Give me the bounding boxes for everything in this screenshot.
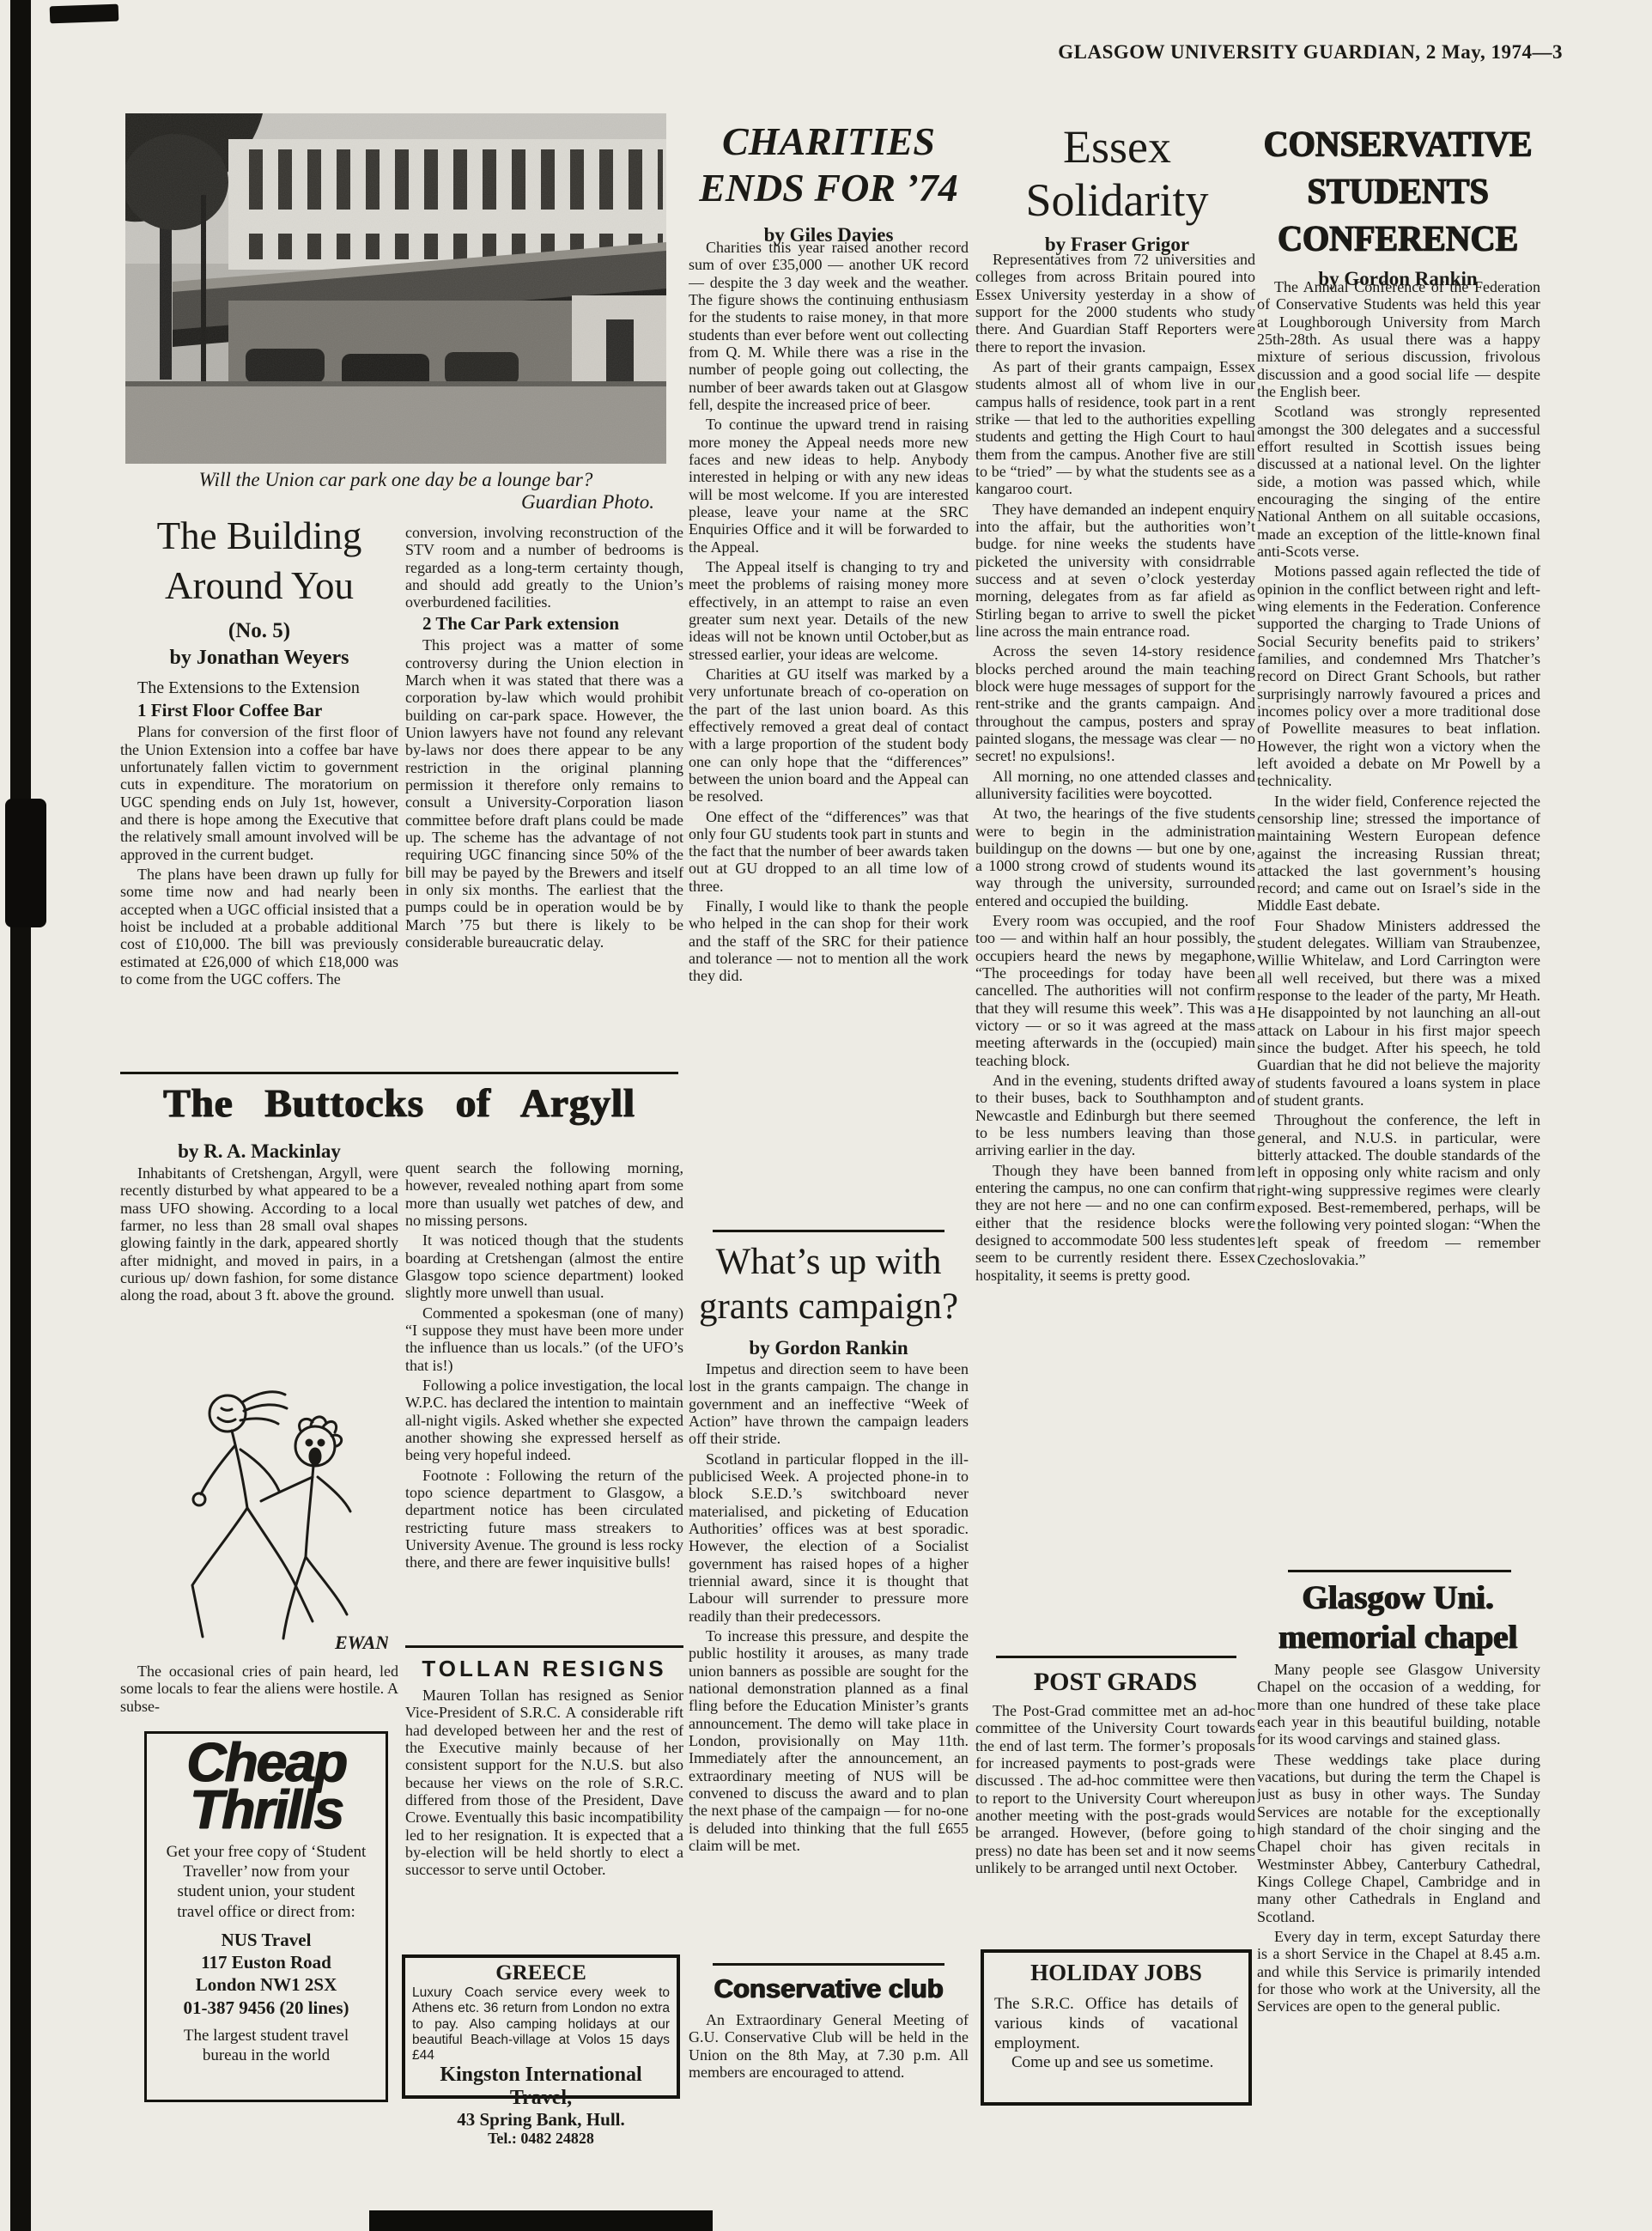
paragraph: Charities this year raised another recor… [689,239,969,413]
paragraph: Scotland in particular flopped in the il… [689,1450,969,1625]
conference-title-line1: CONSERVATIVE [1254,119,1542,169]
divider-rule [713,1230,944,1232]
conference-header: CONSERVATIVE STUDENTS CONFERENCE by Gord… [1254,120,1542,290]
paragraph: conversion, involving reconstruction of … [405,524,683,611]
paragraph: Representatives from 72 universities and… [975,251,1255,356]
paragraph: quent search the following morning, howe… [405,1159,683,1229]
chapel-title-line2: memorial chapel [1254,1618,1542,1657]
buttocks-title: The Buttocks of Argyll [120,1080,678,1127]
cartoon-signature: EWAN [334,1632,388,1653]
greece-address: 43 Spring Bank, Hull. [412,2109,670,2130]
conservative-club-article: An Extraordinary General Meeting of G.U.… [689,2011,969,2140]
building-number: (No. 5) [120,619,398,643]
page-header: GLASGOW UNIVERSITY GUARDIAN, 2 May, 1974… [1013,41,1563,64]
holiday-jobs-notice: HOLIDAY JOBS The S.R.C. Office has detai… [981,1949,1252,2106]
grants-article: Impetus and direction seem to have been … [689,1360,969,1951]
conference-title-line3: CONFERENCE [1254,214,1542,264]
paragraph: At two, the hearings of the five student… [975,805,1255,909]
film-edge-strip [10,0,31,2231]
buttocks-column-1-cont: The occasional cries of pain heard, led … [120,1663,398,1728]
greece-body: Luxury Coach service every week to Athen… [412,1985,670,2064]
grants-title-line2: grants campaign? [687,1285,970,1329]
paragraph: They have demanded an indepent enquiry i… [975,501,1255,641]
postgrads-article: The Post-Grad committee met an ad-hoc co… [975,1702,1255,1944]
grants-header: What’s up with grants campaign? by Gordo… [687,1240,970,1359]
photo-halftone [125,113,666,464]
paragraph: Plans for conversion of the first floor … [120,723,398,863]
cartoon-drawing: EWAN [139,1364,388,1657]
greece-ad: GREECE Luxury Coach service every week t… [402,1954,680,2099]
essex-header: Essex Solidarity by Fraser Grigor [979,120,1255,256]
paragraph: As part of their grants campaign, Essex … [975,358,1255,498]
building-title-line1: The Building [120,512,398,562]
paragraph: Four Shadow Ministers addressed the stud… [1257,917,1540,1109]
paragraph: Motions passed again reflected the tide … [1257,562,1540,789]
building-title-line2: Around You [120,562,398,611]
essex-title-line1: Essex [979,120,1255,173]
cheap-thrills-phone: 01-387 9456 (20 lines) [147,1997,386,2019]
building-byline: by Jonathan Weyers [120,647,398,670]
film-edge-blob [5,799,46,927]
building-subhead-2: 2 The Car Park extension [405,614,683,635]
greece-title: GREECE [412,1961,670,1985]
paragraph: Scotland was strongly represented amongs… [1257,403,1540,560]
building-column-2: conversion, involving reconstruction of … [405,524,683,1073]
divider-rule [405,1645,683,1648]
paragraph: The plans have been drawn up fully for s… [120,866,398,988]
tollan-article: Mauren Tollan has resigned as Senior Vic… [405,1687,683,1949]
cheap-thrills-address-1: NUS Travel [147,1929,386,1951]
caption-text: Will the Union car park one day be a lou… [129,469,663,491]
paragraph: Many people see Glasgow University Chape… [1257,1661,1540,1748]
paragraph: An Extraordinary General Meeting of G.U.… [689,2011,969,2081]
paragraph: Inhabitants of Cretshengan, Argyll, were… [120,1164,398,1304]
paragraph: Though they have been banned from enteri… [975,1162,1255,1284]
grants-byline: by Gordon Rankin [687,1337,970,1359]
conference-article: The Annual Conference of the Federation … [1257,278,1540,1527]
scan-mark [50,4,119,24]
paragraph: All morning, no one attended classes and… [975,768,1255,803]
tollan-title: TOLLAN RESIGNS [405,1656,683,1682]
photo-caption: Will the Union car park one day be a lou… [129,469,663,514]
charities-title-line2: ENDS FOR ’74 [687,165,970,211]
paragraph: To increase this pressure, and despite t… [689,1627,969,1854]
chapel-title-line1: Glasgow Uni. [1254,1578,1542,1618]
scan-bottom-bar [369,2210,713,2231]
cheap-thrills-address-3: London NW1 2SX [147,1973,386,1996]
paragraph: The Annual Conference of the Federation … [1257,278,1540,400]
divider-rule [1288,1570,1511,1572]
conservative-club-title: Conservative club [687,1973,970,2004]
paragraph: These weddings take place during vacatio… [1257,1751,1540,1925]
paragraph: Every room was occupied, and the roof to… [975,912,1255,1069]
essex-title-line2: Solidarity [979,173,1255,227]
buttocks-column-1: Inhabitants of Cretshengan, Argyll, were… [120,1164,398,1362]
paragraph: One effect of the “differences” was that… [689,808,969,896]
paragraph: The Appeal itself is changing to try and… [689,558,969,663]
chapel-article: Many people see Glasgow University Chape… [1257,1661,1540,2210]
paragraph: The occasional cries of pain heard, led … [120,1663,398,1715]
chapel-header: Glasgow Uni. memorial chapel [1254,1578,1542,1657]
paragraph: In the wider field, Conference rejected … [1257,793,1540,915]
paragraph: It was noticed though that the students … [405,1231,683,1301]
building-column-1: The Extensions to the Extension 1 First … [120,678,398,1070]
holiday-jobs-title: HOLIDAY JOBS [994,1960,1238,1986]
charities-article: Charities this year raised another recor… [689,239,969,1218]
building-subhead-1: 1 First Floor Coffee Bar [120,701,398,721]
buttocks-column-2: quent search the following morning, howe… [405,1159,683,1640]
essex-article: Representatives from 72 universities and… [975,251,1255,1644]
article-building-header: The Building Around You (No. 5) by Jonat… [120,512,398,670]
paragraph: Every day in term, except Saturday there… [1257,1928,1540,2015]
cheap-thrills-tagline: The largest student travel bureau in the… [147,2019,386,2065]
paragraph: Throughout the conference, the left in g… [1257,1111,1540,1268]
cheap-thrills-address-2: 117 Euston Road [147,1951,386,1973]
divider-rule [713,1963,944,1966]
postgrads-title: POST GRADS [975,1668,1255,1697]
cheap-thrills-ad: Cheap Thrills Get your free copy of ‘Stu… [144,1731,388,2102]
paragraph: The Post-Grad committee met an ad-hoc co… [975,1702,1255,1876]
paragraph: Commented a spokesman (one of many) “I s… [405,1304,683,1374]
holiday-jobs-text-2: Come up and see us sometime. [994,2053,1238,2073]
greece-company: Kingston International Travel, [412,2064,670,2109]
paragraph: Mauren Tollan has resigned as Senior Vic… [405,1687,683,1879]
divider-rule [120,1072,678,1074]
paragraph: And in the evening, students drifted awa… [975,1072,1255,1159]
union-carpark-photo [125,113,666,464]
charities-header: CHARITIES ENDS FOR ’74 by Giles Davies [687,119,970,246]
greece-phone: Tel.: 0482 24828 [412,2130,670,2148]
paragraph: Across the seven 14-story residence bloc… [975,642,1255,764]
paragraph: Finally, I would like to thank the peopl… [689,897,969,985]
caption-credit: Guardian Photo. [129,491,663,514]
charities-title-line1: CHARITIES [687,119,970,165]
grants-title-line1: What’s up with [687,1240,970,1285]
paragraph: Footnote : Following the return of the t… [405,1467,683,1571]
paragraph: To continue the upward trend in raising … [689,416,969,556]
buttocks-byline: by R. A. Mackinlay [120,1140,398,1163]
paragraph: Charities at GU itself was marked by a v… [689,666,969,805]
streakers-cartoon: EWAN [139,1364,388,1657]
cheap-thrills-body: Get your free copy of ‘Student Traveller… [147,1833,386,1922]
paragraph: This project was a matter of some contro… [405,636,683,951]
paragraph: Impetus and direction seem to have been … [689,1360,969,1448]
holiday-jobs-text-1: The S.R.C. Office has details of various… [994,1995,1238,2053]
building-intro: The Extensions to the Extension [120,678,398,698]
conference-title-line2: STUDENTS [1254,167,1542,216]
cheap-thrills-logo-line2: Thrills [147,1786,386,1833]
paragraph: Following a police investigation, the lo… [405,1377,683,1464]
divider-rule [996,1656,1236,1658]
